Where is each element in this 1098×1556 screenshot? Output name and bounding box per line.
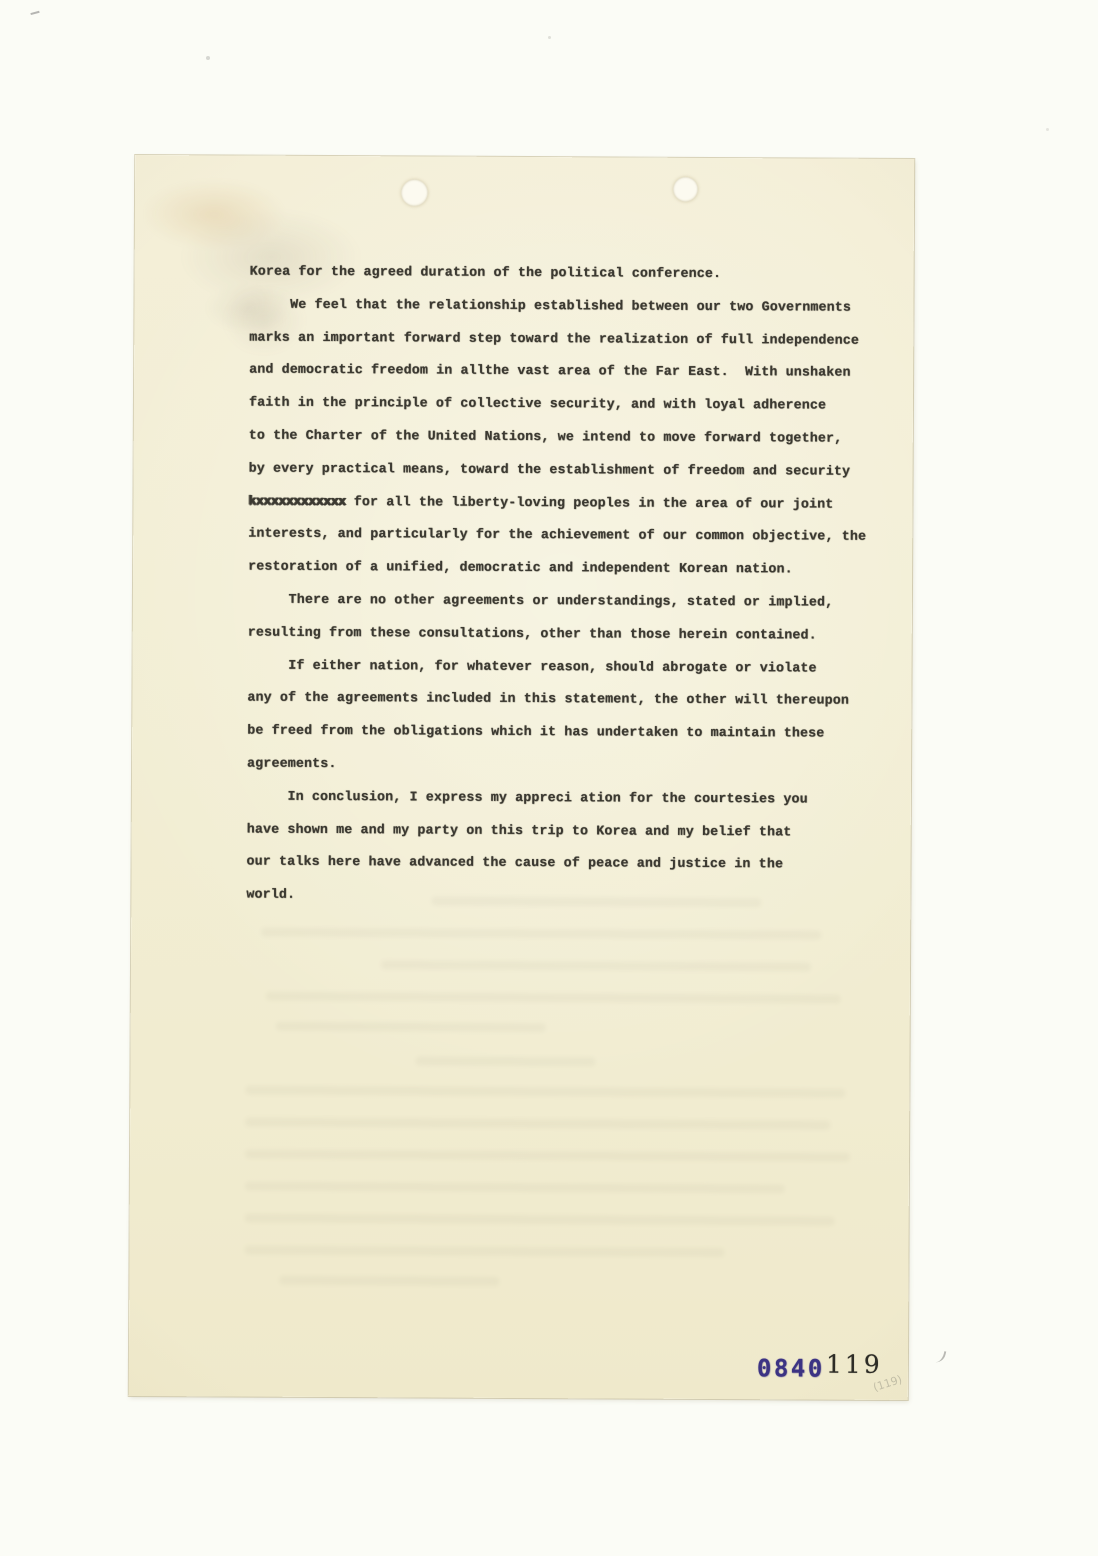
text-line: be freed from the obligations which it h…: [247, 715, 887, 751]
punch-hole: [673, 177, 698, 202]
bleed-through-line: [245, 1214, 835, 1226]
text-line: marks an important forward step toward t…: [249, 321, 889, 357]
bleed-through-line: [261, 928, 821, 940]
struck-out-word: kxxxxxxxxxxxx: [248, 493, 345, 509]
page-number: 119: [826, 1350, 883, 1379]
bleed-through-line: [245, 1118, 830, 1130]
dust-speck: [933, 1349, 947, 1364]
bleed-through: [135, 155, 914, 159]
bleed-through-line: [245, 1182, 785, 1194]
dust-speck: [548, 36, 551, 39]
text-line: resulting from these consultations, othe…: [248, 616, 888, 652]
bleed-through-line: [245, 1086, 845, 1098]
bleed-through-line: [431, 897, 761, 908]
text-line: have shown me and my party on this trip …: [247, 813, 887, 849]
bleed-through-line: [381, 960, 811, 971]
text-line: Korea for the agreed duration of the pol…: [250, 256, 890, 292]
dust-speck: [29, 7, 39, 15]
bleed-through-line: [245, 1150, 850, 1162]
dust-speck: [1046, 128, 1049, 131]
bleed-through-line: [244, 1246, 724, 1258]
text-line: agreements.: [247, 748, 887, 784]
text-line: We feel that the relationship establishe…: [249, 288, 889, 324]
text-line: interests, and particularly for the achi…: [248, 518, 888, 554]
text-line: faith in the principle of collective sec…: [249, 387, 889, 423]
bleed-through-line: [279, 1276, 499, 1286]
punch-hole: [401, 179, 428, 206]
text-line: If either nation, for whatever reason, s…: [247, 649, 887, 685]
bleed-through-line: [276, 1022, 546, 1032]
text-line: to the Charter of the United Nations, we…: [249, 420, 889, 456]
text-line: any of the agreements included in this s…: [247, 682, 887, 718]
text-line: our talks here have advanced the cause o…: [246, 846, 886, 882]
text-line-remainder: for all the liberty-loving peoples in th…: [346, 494, 834, 512]
text-line: restoration of a unified, democratic and…: [248, 551, 888, 587]
stamp-serial-number: 0840: [757, 1354, 825, 1382]
text-line: kxxxxxxxxxxxx for all the liberty-loving…: [248, 485, 888, 521]
text-line: by every practical means, toward the est…: [249, 452, 889, 488]
bleed-through-line: [266, 992, 841, 1004]
scan-background: Korea for the agreed duration of the pol…: [0, 0, 1098, 1556]
text-line: and democratic freedom in allthe vast ar…: [249, 354, 889, 390]
text-line: In conclusion, I express my appreci atio…: [247, 780, 887, 816]
bleed-through-line: [415, 1056, 595, 1066]
document-page: Korea for the agreed duration of the pol…: [129, 155, 914, 1400]
dust-speck: [206, 56, 210, 60]
typewritten-text: Korea for the agreed duration of the pol…: [246, 256, 889, 915]
text-line: There are no other agreements or underst…: [248, 584, 888, 620]
